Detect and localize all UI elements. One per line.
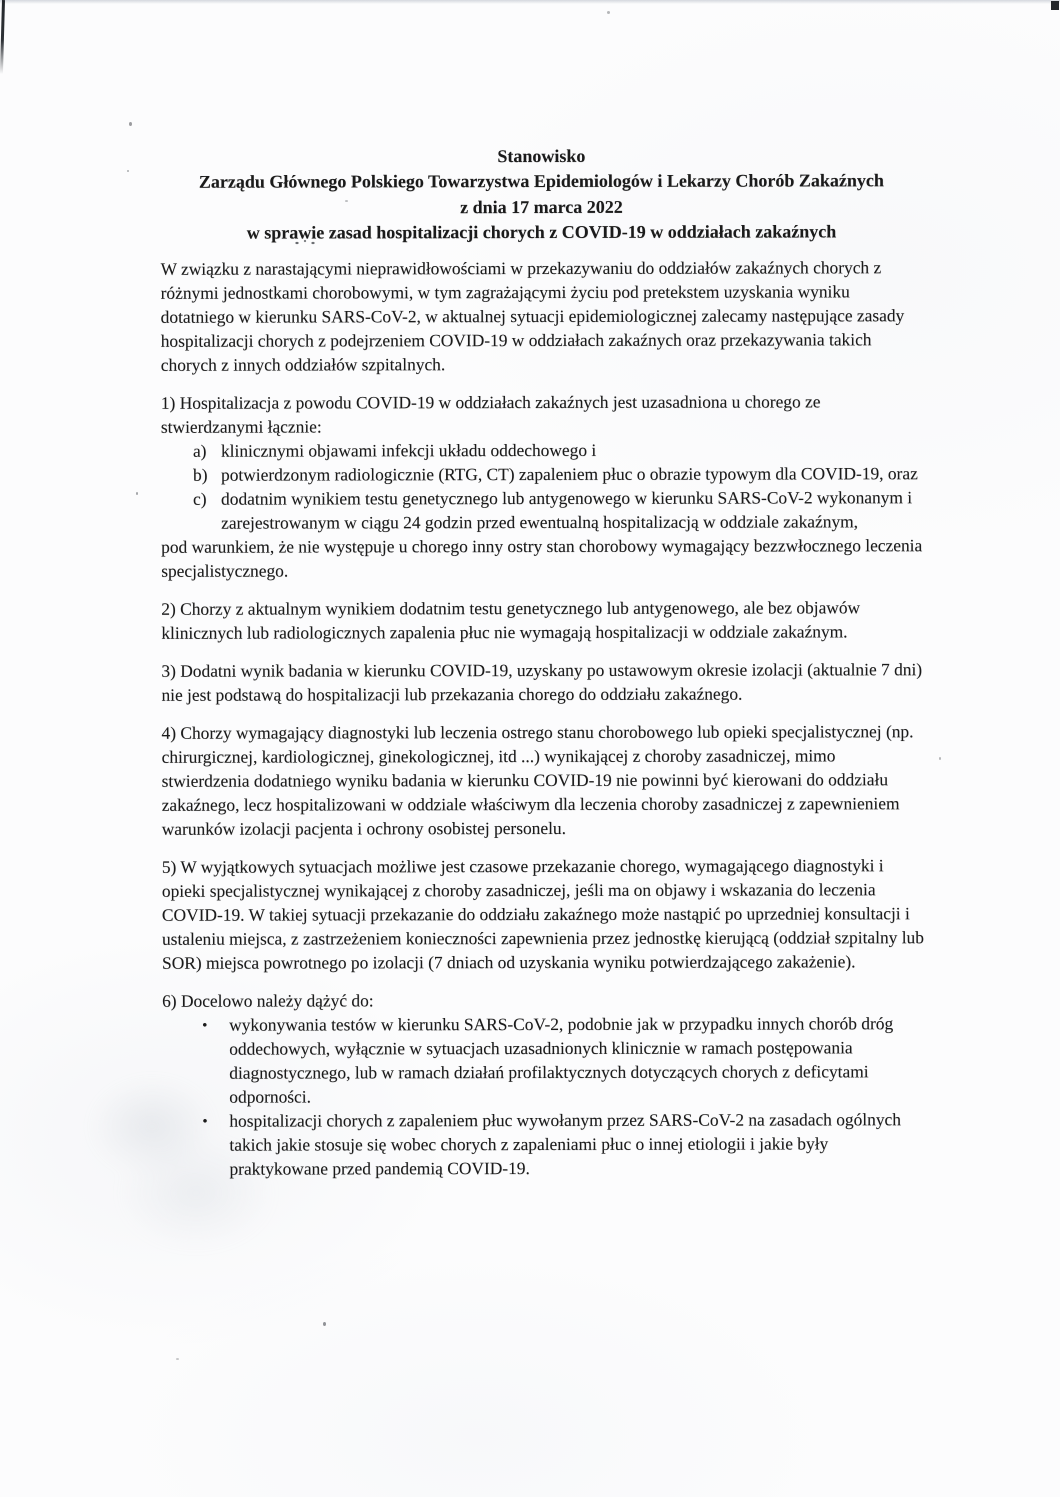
- section-2-paragraph: 2) Chorzy z aktualnym wynikiem dodatnim …: [161, 595, 923, 645]
- section-4-paragraph: 4) Chorzy wymagający diagnostyki lub lec…: [162, 719, 924, 841]
- bullet-item-2-text: hospitalizacji chorych z zapaleniem płuc…: [229, 1107, 924, 1180]
- list-item-b-text: potwierdzonym radiologicznie (RTG, CT) z…: [221, 461, 923, 486]
- bullet-item-2: • hospitalizacji chorych z zapaleniem pł…: [202, 1107, 924, 1181]
- list-marker-a: a): [193, 438, 221, 462]
- section-1-sublist: a) klinicznymi objawami infekcji układu …: [193, 437, 923, 535]
- section-3-paragraph: 3) Dodatni wynik badania w kierunku COVI…: [161, 657, 923, 707]
- list-item-a: a) klinicznymi objawami infekcji układu …: [193, 437, 923, 463]
- list-marker-b: b): [193, 462, 221, 486]
- intro-paragraph: W związku z narastającymi nieprawidłowoś…: [161, 255, 923, 377]
- bullet-item-1-text: wykonywania testów w kierunku SARS-CoV-2…: [229, 1011, 924, 1108]
- scan-speck: [176, 1358, 179, 1360]
- list-marker-c: c): [193, 486, 221, 534]
- title-line-2: Zarządu Głównego Polskiego Towarzystwa E…: [160, 169, 922, 196]
- document-header: Stanowisko Zarządu Głównego Polskiego To…: [160, 143, 922, 246]
- section-6: 6) Docelowo należy dążyć do: • wykonywan…: [162, 987, 924, 1181]
- list-item-c: c) dodatnim wynikiem testu genetycznego …: [193, 485, 923, 535]
- document-body: Stanowisko Zarządu Głównego Polskiego To…: [0, 0, 1060, 1195]
- title-line-3: z dnia 17 marca 2022: [160, 194, 922, 221]
- section-6-lead: 6) Docelowo należy dążyć do:: [162, 987, 924, 1013]
- scan-speck: [323, 1322, 326, 1326]
- title-line-1: Stanowisko: [160, 143, 922, 170]
- scanned-page-background: Stanowisko Zarządu Głównego Polskiego To…: [0, 0, 1060, 1497]
- bullet-marker: •: [202, 1108, 229, 1180]
- section-1: 1) Hospitalizacja z powodu COVID-19 w od…: [161, 389, 923, 583]
- section-5-paragraph: 5) W wyjątkowych sytuacjach możliwe jest…: [162, 853, 924, 975]
- list-item-b: b) potwierdzonym radiologicznie (RTG, CT…: [193, 461, 923, 487]
- list-item-c-text: dodatnim wynikiem testu genetycznego lub…: [221, 485, 923, 534]
- list-item-a-text: klinicznymi objawami infekcji układu odd…: [221, 437, 923, 462]
- title-line-4: w sprawie zasad hospitalizacji chorych z…: [160, 219, 922, 246]
- bullet-item-1: • wykonywania testów w kierunku SARS-CoV…: [202, 1011, 924, 1109]
- section-6-bullet-list: • wykonywania testów w kierunku SARS-CoV…: [202, 1011, 924, 1181]
- section-1-tail: pod warunkiem, że nie występuje u choreg…: [161, 533, 923, 583]
- section-1-lead: 1) Hospitalizacja z powodu COVID-19 w od…: [161, 389, 923, 439]
- bullet-marker: •: [202, 1012, 229, 1108]
